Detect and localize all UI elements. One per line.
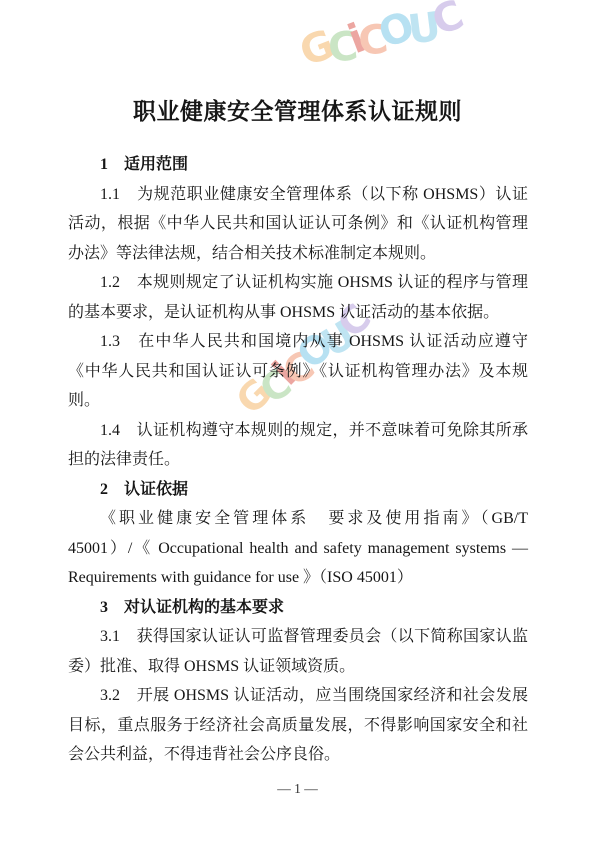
section-heading-scope: 1 适用范围 — [68, 150, 528, 180]
document-body: 1 适用范围 1.1 为规范职业健康安全管理体系（以下称 OHSMS）认证活动，… — [68, 150, 528, 770]
watermark-letter: C — [427, 0, 469, 42]
paragraph-3-1: 3.1 获得国家认证认可监督管理委员会（以下简称国家认监委）批准、取得 OHSM… — [68, 622, 528, 681]
document-page: G C i C O U C G C i C O U C 职业健康安全管理体系认证… — [0, 0, 595, 841]
section-heading-basis: 2 认证依据 — [68, 475, 528, 505]
paragraph-1-4: 1.4 认证机构遵守本规则的规定，并不意味着可免除其所承担的法律责任。 — [68, 416, 528, 475]
paragraph-3-2: 3.2 开展 OHSMS 认证活动，应当围绕国家经济和社会发展目标，重点服务于经… — [68, 681, 528, 770]
watermark-letter: i — [343, 18, 370, 60]
watermark-logo-top: G C i C O U C — [298, 0, 462, 73]
document-title: 职业健康安全管理体系认证规则 — [0, 93, 595, 126]
paragraph-1-3: 1.3 在中华人民共和国境内从事 OHSMS 认证活动应遵守《中华人民共和国认证… — [68, 327, 528, 416]
watermark-letter: O — [374, 5, 420, 55]
section-heading-requirements: 3 对认证机构的基本要求 — [68, 593, 528, 623]
watermark-letter: C — [326, 26, 360, 69]
watermark-letter: U — [406, 7, 443, 51]
paragraph-2-1: 《职业健康安全管理体系 要求及使用指南》（GB/T 45001）/《 Occup… — [68, 504, 528, 593]
page-number: — 1 — — [0, 781, 595, 797]
watermark-letter: C — [356, 19, 390, 62]
watermark-letter: G — [295, 24, 340, 73]
paragraph-1-2: 1.2 本规则规定了认证机构实施 OHSMS 认证的程序与管理的基本要求，是认证… — [68, 268, 528, 327]
paragraph-1-1: 1.1 为规范职业健康安全管理体系（以下称 OHSMS）认证活动，根据《中华人民… — [68, 180, 528, 269]
